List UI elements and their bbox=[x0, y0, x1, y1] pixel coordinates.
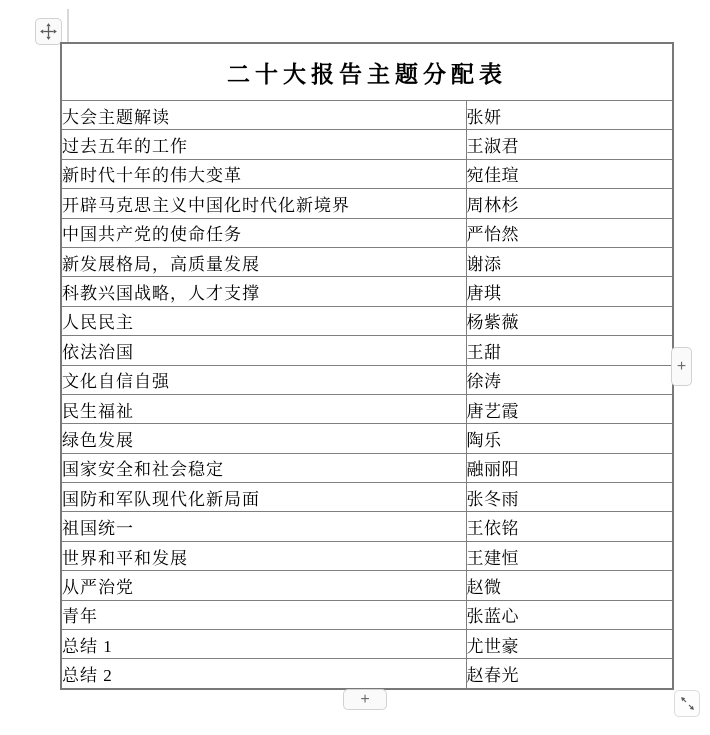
topic-cell[interactable]: 文化自信自强 bbox=[61, 365, 466, 394]
name-cell[interactable]: 王甜 bbox=[466, 336, 673, 365]
topic-cell[interactable]: 总结 2 bbox=[61, 659, 466, 689]
table-row: 民生福祉唐艺霞 bbox=[61, 394, 673, 423]
topic-cell[interactable]: 人民民主 bbox=[61, 306, 466, 335]
name-cell[interactable]: 张冬雨 bbox=[466, 483, 673, 512]
topic-cell[interactable]: 从严治党 bbox=[61, 571, 466, 600]
topic-cell[interactable]: 民生福祉 bbox=[61, 394, 466, 423]
name-cell[interactable]: 尤世豪 bbox=[466, 630, 673, 659]
table-row: 国防和军队现代化新局面张冬雨 bbox=[61, 483, 673, 512]
table-row: 新发展格局，高质量发展谢添 bbox=[61, 247, 673, 276]
table-row: 新时代十年的伟大变革宛佳瑄 bbox=[61, 159, 673, 188]
name-cell[interactable]: 王建恒 bbox=[466, 541, 673, 570]
table-row: 世界和平和发展王建恒 bbox=[61, 541, 673, 570]
topic-cell[interactable]: 青年 bbox=[61, 600, 466, 629]
topic-cell[interactable]: 中国共产党的使命任务 bbox=[61, 218, 466, 247]
topic-cell[interactable]: 依法治国 bbox=[61, 336, 466, 365]
table-row: 青年张蓝心 bbox=[61, 600, 673, 629]
table-row: 总结 2赵春光 bbox=[61, 659, 673, 689]
topic-cell[interactable]: 绿色发展 bbox=[61, 424, 466, 453]
name-cell[interactable]: 张蓝心 bbox=[466, 600, 673, 629]
add-row-button[interactable]: + bbox=[343, 689, 387, 710]
resize-diagonal-icon bbox=[680, 696, 695, 711]
name-cell[interactable]: 融丽阳 bbox=[466, 453, 673, 482]
table-row: 开辟马克思主义中国化时代化新境界周林杉 bbox=[61, 189, 673, 218]
name-cell[interactable]: 张妍 bbox=[466, 101, 673, 130]
topic-cell[interactable]: 世界和平和发展 bbox=[61, 541, 466, 570]
name-cell[interactable]: 严怡然 bbox=[466, 218, 673, 247]
table-row: 从严治党赵微 bbox=[61, 571, 673, 600]
topic-cell[interactable]: 大会主题解读 bbox=[61, 101, 466, 130]
topic-cell[interactable]: 开辟马克思主义中国化时代化新境界 bbox=[61, 189, 466, 218]
topic-cell[interactable]: 祖国统一 bbox=[61, 512, 466, 541]
name-cell[interactable]: 赵春光 bbox=[466, 659, 673, 689]
table-row: 人民民主杨紫薇 bbox=[61, 306, 673, 335]
name-cell[interactable]: 陶乐 bbox=[466, 424, 673, 453]
topic-cell[interactable]: 过去五年的工作 bbox=[61, 130, 466, 159]
name-cell[interactable]: 周林杉 bbox=[466, 189, 673, 218]
table-row: 祖国统一王依铭 bbox=[61, 512, 673, 541]
assignment-table: 二十大报告主题分配表 大会主题解读张妍 过去五年的工作王淑君 新时代十年的伟大变… bbox=[60, 42, 674, 690]
topic-cell[interactable]: 科教兴国战略，人才支撑 bbox=[61, 277, 466, 306]
table-row: 科教兴国战略，人才支撑唐琪 bbox=[61, 277, 673, 306]
name-cell[interactable]: 王依铭 bbox=[466, 512, 673, 541]
add-column-button[interactable]: + bbox=[671, 347, 692, 386]
name-cell[interactable]: 杨紫薇 bbox=[466, 306, 673, 335]
table-row: 绿色发展陶乐 bbox=[61, 424, 673, 453]
table-move-handle[interactable] bbox=[35, 18, 62, 45]
table-row: 大会主题解读张妍 bbox=[61, 101, 673, 130]
name-cell[interactable]: 徐涛 bbox=[466, 365, 673, 394]
table-row: 中国共产党的使命任务严怡然 bbox=[61, 218, 673, 247]
topic-cell[interactable]: 新发展格局，高质量发展 bbox=[61, 247, 466, 276]
table-row: 文化自信自强徐涛 bbox=[61, 365, 673, 394]
topic-cell[interactable]: 国防和军队现代化新局面 bbox=[61, 483, 466, 512]
table-row: 总结 1尤世豪 bbox=[61, 630, 673, 659]
topic-cell[interactable]: 新时代十年的伟大变革 bbox=[61, 159, 466, 188]
name-cell[interactable]: 唐艺霞 bbox=[466, 394, 673, 423]
table-resize-handle[interactable] bbox=[674, 690, 700, 717]
topic-cell[interactable]: 总结 1 bbox=[61, 630, 466, 659]
move-icon bbox=[40, 23, 57, 40]
name-cell[interactable]: 王淑君 bbox=[466, 130, 673, 159]
table-row: 过去五年的工作王淑君 bbox=[61, 130, 673, 159]
name-cell[interactable]: 谢添 bbox=[466, 247, 673, 276]
table-title[interactable]: 二十大报告主题分配表 bbox=[61, 43, 673, 101]
name-cell[interactable]: 宛佳瑄 bbox=[466, 159, 673, 188]
title-row: 二十大报告主题分配表 bbox=[61, 43, 673, 101]
name-cell[interactable]: 唐琪 bbox=[466, 277, 673, 306]
text-caret bbox=[67, 9, 69, 42]
table-row: 依法治国王甜 bbox=[61, 336, 673, 365]
topic-cell[interactable]: 国家安全和社会稳定 bbox=[61, 453, 466, 482]
name-cell[interactable]: 赵微 bbox=[466, 571, 673, 600]
table-row: 国家安全和社会稳定融丽阳 bbox=[61, 453, 673, 482]
